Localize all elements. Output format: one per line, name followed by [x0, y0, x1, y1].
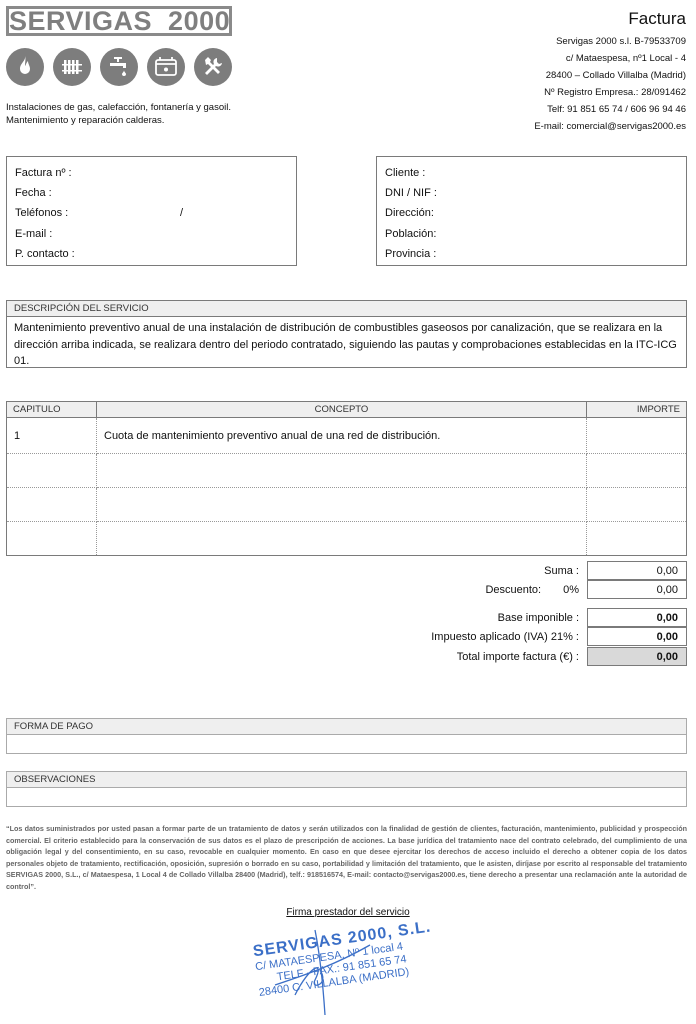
table-row	[7, 488, 687, 522]
totals-descuento-row: Descuento: 0% 0,00	[485, 580, 687, 599]
company-tagline: Instalaciones de gas, calefacción, fonta…	[6, 101, 231, 127]
observations-field[interactable]	[7, 788, 686, 808]
cell-concepto[interactable]	[97, 522, 587, 556]
company-logo: SERVIGAS 2000	[6, 6, 232, 36]
flame-icon	[6, 48, 44, 86]
privacy-notice: “Los datos suministrados por usted pasan…	[6, 823, 687, 892]
descuento-percent[interactable]: 0%	[563, 584, 579, 596]
company-line: Telf: 91 851 65 74 / 606 96 94 46	[534, 101, 686, 118]
cell-capitulo[interactable]	[7, 522, 97, 556]
company-line: c/ Mataespesa, nº1 Local - 4	[534, 50, 686, 67]
invoice-number-field[interactable]: Factura nº :	[15, 163, 296, 183]
document-title: Factura	[628, 9, 686, 29]
section-heading: FORMA DE PAGO	[7, 719, 686, 735]
cell-importe[interactable]	[587, 522, 687, 556]
base-value[interactable]: 0,00	[587, 608, 687, 627]
cell-importe[interactable]	[587, 418, 687, 454]
company-line: 28400 – Collado Villalba (Madrid)	[534, 67, 686, 84]
table-row	[7, 454, 687, 488]
totals-total-row: Total importe factura (€) : 0,00	[457, 647, 687, 666]
cell-capitulo[interactable]: 1	[7, 418, 97, 454]
suma-label: Suma :	[544, 565, 579, 577]
cell-importe[interactable]	[587, 454, 687, 488]
payment-method-section: FORMA DE PAGO	[6, 718, 687, 754]
radiator-icon	[53, 48, 91, 86]
totals-iva-row: Impuesto aplicado (IVA) 21% : 0,00	[431, 627, 687, 646]
phone-separator: /	[180, 203, 183, 223]
phones-field[interactable]: Teléfonos :/	[15, 203, 296, 223]
service-icons	[6, 48, 232, 86]
cell-concepto[interactable]	[97, 454, 587, 488]
signature-label: Firma prestador del servicio	[0, 907, 696, 918]
signature-scribble	[265, 925, 375, 1020]
iva-label: Impuesto aplicado (IVA) 21% :	[431, 631, 579, 643]
cell-capitulo[interactable]	[7, 454, 97, 488]
date-field[interactable]: Fecha :	[15, 183, 296, 203]
items-table: CAPITULO CONCEPTO IMPORTE 1 Cuota de man…	[6, 401, 687, 556]
suma-value[interactable]: 0,00	[587, 561, 687, 580]
invoice-info-box: Factura nº : Fecha : Teléfonos :/ E-mail…	[6, 156, 297, 266]
table-row	[7, 522, 687, 556]
wrench-icon	[194, 48, 232, 86]
table-row: 1 Cuota de mantenimiento preventivo anua…	[7, 418, 687, 454]
city-field[interactable]: Población:	[385, 224, 686, 244]
cell-capitulo[interactable]	[7, 488, 97, 522]
boiler-icon	[147, 48, 185, 86]
observations-section: OBSERVACIONES	[6, 771, 687, 807]
cell-importe[interactable]	[587, 488, 687, 522]
company-email: E-mail: comercial@servigas2000.es	[534, 118, 686, 135]
cell-concepto[interactable]: Cuota de mantenimiento preventivo anual …	[97, 418, 587, 454]
client-field[interactable]: Cliente :	[385, 163, 686, 183]
cell-concepto[interactable]	[97, 488, 587, 522]
total-label: Total importe factura (€) :	[457, 651, 579, 663]
company-line: Nº Registro Empresa.: 28/091462	[534, 84, 686, 101]
address-field[interactable]: Dirección:	[385, 203, 686, 223]
column-header-concepto: CONCEPTO	[97, 402, 587, 418]
phones-label: Teléfonos :	[15, 207, 68, 219]
service-description-section: DESCRIPCIÓN DEL SERVICIO Mantenimiento p…	[6, 300, 687, 368]
faucet-icon	[100, 48, 138, 86]
totals-suma-row: Suma : 0,00	[544, 561, 687, 580]
company-line: Servigas 2000 s.l. B-79533709	[534, 33, 686, 50]
descuento-value[interactable]: 0,00	[587, 580, 687, 599]
contact-person-field[interactable]: P. contacto :	[15, 244, 296, 264]
email-field[interactable]: E-mail :	[15, 224, 296, 244]
totals-base-row: Base imponible : 0,00	[498, 608, 687, 627]
column-header-importe: IMPORTE	[587, 402, 687, 418]
iva-value[interactable]: 0,00	[587, 627, 687, 646]
client-info-box: Cliente : DNI / NIF : Dirección: Poblaci…	[376, 156, 687, 266]
service-description-text: Mantenimiento preventivo anual de una in…	[7, 317, 686, 373]
section-heading: OBSERVACIONES	[7, 772, 686, 788]
base-label: Base imponible :	[498, 612, 579, 624]
column-header-capitulo: CAPITULO	[7, 402, 97, 418]
section-heading: DESCRIPCIÓN DEL SERVICIO	[7, 301, 686, 317]
province-field[interactable]: Provincia :	[385, 244, 686, 264]
tagline-line: Mantenimiento y reparación calderas.	[6, 114, 231, 127]
total-value[interactable]: 0,00	[587, 647, 687, 666]
tagline-line: Instalaciones de gas, calefacción, fonta…	[6, 101, 231, 114]
descuento-label: Descuento:	[485, 584, 541, 596]
company-details: Servigas 2000 s.l. B-79533709 c/ Mataesp…	[534, 33, 686, 135]
dni-nif-field[interactable]: DNI / NIF :	[385, 183, 686, 203]
payment-method-field[interactable]	[7, 735, 686, 755]
